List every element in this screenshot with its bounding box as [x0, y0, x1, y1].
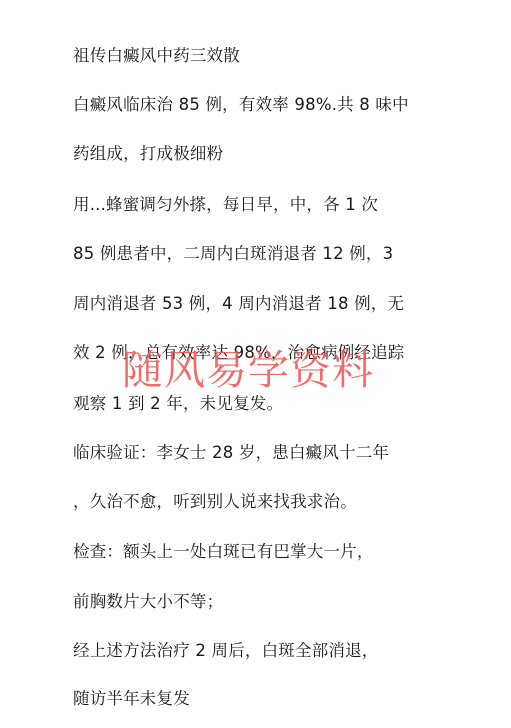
document-title: 祖传白癜风中药三效散: [73, 46, 240, 66]
text-line: 检查：额头上一处白斑已有巴掌大一片，: [73, 542, 374, 562]
text-line: 周内消退者 53 例，4 周内消退者 18 例，无: [73, 294, 404, 314]
text-line: 效 2 例，总有效率达 98%，治愈病例经追踪: [73, 343, 405, 363]
text-line: 白癜风临床治 85 例，有效率 98%.共 8 味中: [73, 95, 409, 115]
text-line: 观察 1 到 2 年，未见复发。: [73, 394, 283, 414]
text-line: 药组成，打成极细粉: [73, 144, 223, 164]
text-line: 85 例患者中，二周内白斑消退者 12 例，3: [73, 244, 393, 264]
text-line: 前胸数片大小不等；: [73, 592, 223, 612]
text-line: 随访半年未复发: [73, 689, 190, 709]
text-line: 用...蜂蜜调匀外搽，每日早，中，各 1 次: [73, 195, 378, 215]
text-line: 经上述方法治疗 2 周后，白斑全部消退，: [73, 641, 379, 661]
text-line: ，久治不愈，听到别人说来找我求治。: [73, 492, 357, 512]
text-line: 临床验证：李女士 28 岁，患白癜风十二年: [73, 443, 389, 463]
